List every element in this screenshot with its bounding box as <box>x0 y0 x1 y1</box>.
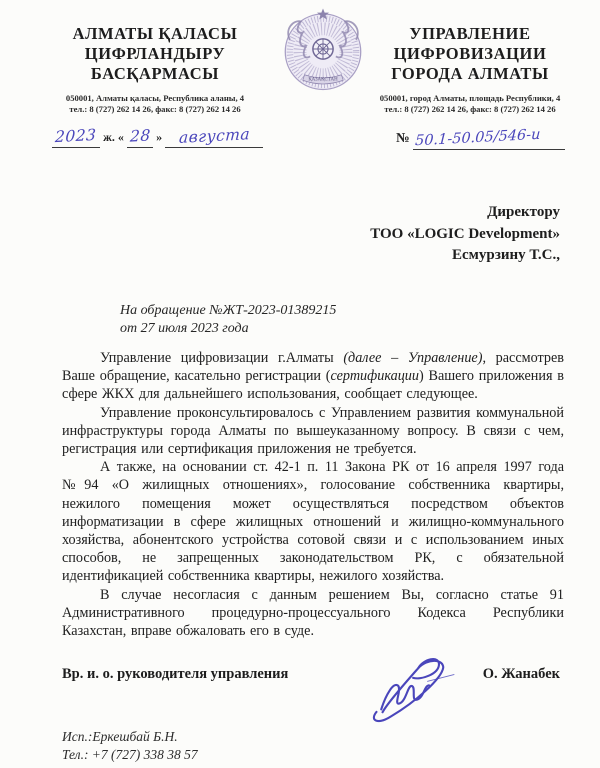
letter-date: 2023 ж. « 28 » августа <box>52 126 263 148</box>
body-paragraph-2: Управление проконсультировалось с Управл… <box>62 404 564 459</box>
letter-page: АЛМАТЫ ҚАЛАСЫ ЦИФРЛАНДЫРУ БАСҚАРМАСЫ 050… <box>0 0 600 768</box>
org-address-line: тел.: 8 (727) 262 14 26, факс: 8 (727) 2… <box>372 104 568 115</box>
addressee-company: ТОО «LOGIC Development» <box>370 224 560 246</box>
handwritten-month: августа <box>178 124 250 148</box>
reference-block: На обращение №ЖТ-2023-01389215 от 27 июл… <box>120 302 336 338</box>
org-title-line: УПРАВЛЕНИЕ <box>372 24 568 44</box>
body-paragraph-1: Управление цифровизации г.Алматы (далее … <box>62 349 564 404</box>
signature-row: Вр. и. о. руководителя управления О. Жан… <box>62 666 560 690</box>
org-title-kazakh: АЛМАТЫ ҚАЛАСЫ ЦИФРЛАНДЫРУ БАСҚАРМАСЫ <box>46 24 264 84</box>
handwritten-day: 28 <box>129 125 151 146</box>
letter-number: № 50.1-50.05/546-и <box>396 128 565 150</box>
handwritten-number: 50.1-50.05/546-и <box>414 125 540 152</box>
date-year-blank: 2023 <box>52 126 100 148</box>
org-address-line: 050001, город Алматы, площадь Республики… <box>372 93 568 104</box>
reference-date: от 27 июля 2023 года <box>120 320 336 338</box>
org-address-line: 050001, Алматы қаласы, Республика аланы,… <box>46 93 264 104</box>
org-title-line: БАСҚАРМАСЫ <box>46 64 264 84</box>
date-close-quote: » <box>156 130 162 144</box>
stamp-row: 2023 ж. « 28 » августа № 50.1-50.05/546-… <box>0 126 600 160</box>
org-header-russian: УПРАВЛЕНИЕ ЦИФРОВИЗАЦИИ ГОРОДА АЛМАТЫ 05… <box>372 24 568 115</box>
kazakhstan-coat-of-arms-icon: ҚАЗАҚСТАН <box>277 3 369 95</box>
executor-block: Исп.:Еркешбай Б.Н. Тел.: +7 (727) 338 38… <box>62 728 198 763</box>
body-paragraph-4: В случае несогласия с данным решением Вы… <box>62 586 564 641</box>
handwritten-year: 2023 <box>55 125 97 147</box>
org-address-kazakh: 050001, Алматы қаласы, Республика аланы,… <box>46 93 264 115</box>
number-blank: 50.1-50.05/546-и <box>413 128 565 150</box>
number-sign: № <box>396 130 410 145</box>
executor-phone: Тел.: +7 (727) 338 38 57 <box>62 746 198 764</box>
date-day-blank: 28 <box>127 126 153 148</box>
org-title-line: АЛМАТЫ ҚАЛАСЫ <box>46 24 264 44</box>
org-title-line: ЦИФРЛАНДЫРУ <box>46 44 264 64</box>
letter-body: Управление цифровизации г.Алматы (далее … <box>62 349 564 640</box>
org-header-kazakh: АЛМАТЫ ҚАЛАСЫ ЦИФРЛАНДЫРУ БАСҚАРМАСЫ 050… <box>46 24 264 115</box>
emblem-caption: ҚАЗАҚСТАН <box>308 77 338 82</box>
org-title-russian: УПРАВЛЕНИЕ ЦИФРОВИЗАЦИИ ГОРОДА АЛМАТЫ <box>372 24 568 84</box>
org-title-line: ГОРОДА АЛМАТЫ <box>372 64 568 84</box>
signer-name: О. Жанабек <box>483 666 560 683</box>
handwritten-signature <box>364 656 460 726</box>
org-title-line: ЦИФРОВИЗАЦИИ <box>372 44 568 64</box>
addressee-person: Есмурзину Т.С., <box>370 245 560 267</box>
addressee-role: Директору <box>370 202 560 224</box>
body-text: Управление цифровизации г.Алматы <box>100 350 343 366</box>
body-text-italic: (далее – Управление) <box>343 350 482 366</box>
date-month-blank: августа <box>165 126 263 148</box>
org-address-russian: 050001, город Алматы, площадь Республики… <box>372 93 568 115</box>
reference-number: На обращение №ЖТ-2023-01389215 <box>120 302 336 320</box>
signer-title: Вр. и. о. руководителя управления <box>62 666 288 683</box>
body-text-italic: сертификации <box>331 368 419 384</box>
date-zh-label: ж. « <box>103 130 124 144</box>
addressee-block: Директору ТОО «LOGIC Development» Есмурз… <box>370 202 560 267</box>
org-address-line: тел.: 8 (727) 262 14 26, факс: 8 (727) 2… <box>46 104 264 115</box>
body-paragraph-3: А также, на основании ст. 42-1 п. 11 Зак… <box>62 458 564 585</box>
executor-name: Исп.:Еркешбай Б.Н. <box>62 728 198 746</box>
